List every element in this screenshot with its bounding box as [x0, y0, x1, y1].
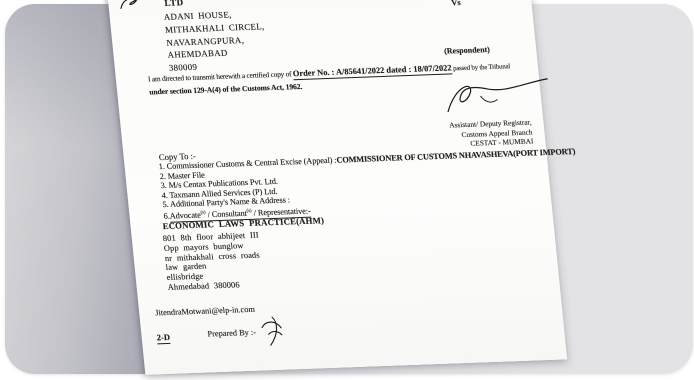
registrar-signature: [439, 74, 555, 120]
screenshot-frame: LTD MAHARASHTRA Vs ADANI HOUSE, MITHAKHA…: [0, 0, 694, 380]
scanned-letter-page: LTD MAHARASHTRA Vs ADANI HOUSE, MITHAKHA…: [106, 0, 567, 375]
handwritten-swoosh-mark: [117, 0, 169, 14]
versus-label: Vs: [451, 0, 461, 7]
copy-to-list: 1. Commissioner Customs & Central Excise…: [158, 147, 581, 223]
contact-email: JitendraMotwani@elp-in.com: [155, 305, 255, 318]
respondent-label: (Respondent): [444, 45, 491, 56]
prepared-by-label: Prepared By :-: [207, 328, 256, 339]
paragraph-suffix: passed by the Tribunal: [451, 63, 510, 72]
advocate-address-line: Ahmedabad 380006: [167, 279, 264, 292]
prepared-by-initials-signature: [256, 314, 289, 349]
advocate-address-block: 801 8th floor abhijeet III Opp mayors bu…: [162, 231, 264, 293]
respondent-address-block: ADANI HOUSE, MITHAKHALI CIRCEL, NAVARANG…: [163, 7, 269, 74]
signatory-block: Assistant/ Deputy Registrar, Customs App…: [449, 118, 534, 150]
party-name-suffix: LTD: [164, 0, 184, 8]
file-code: 2-D: [156, 332, 170, 344]
